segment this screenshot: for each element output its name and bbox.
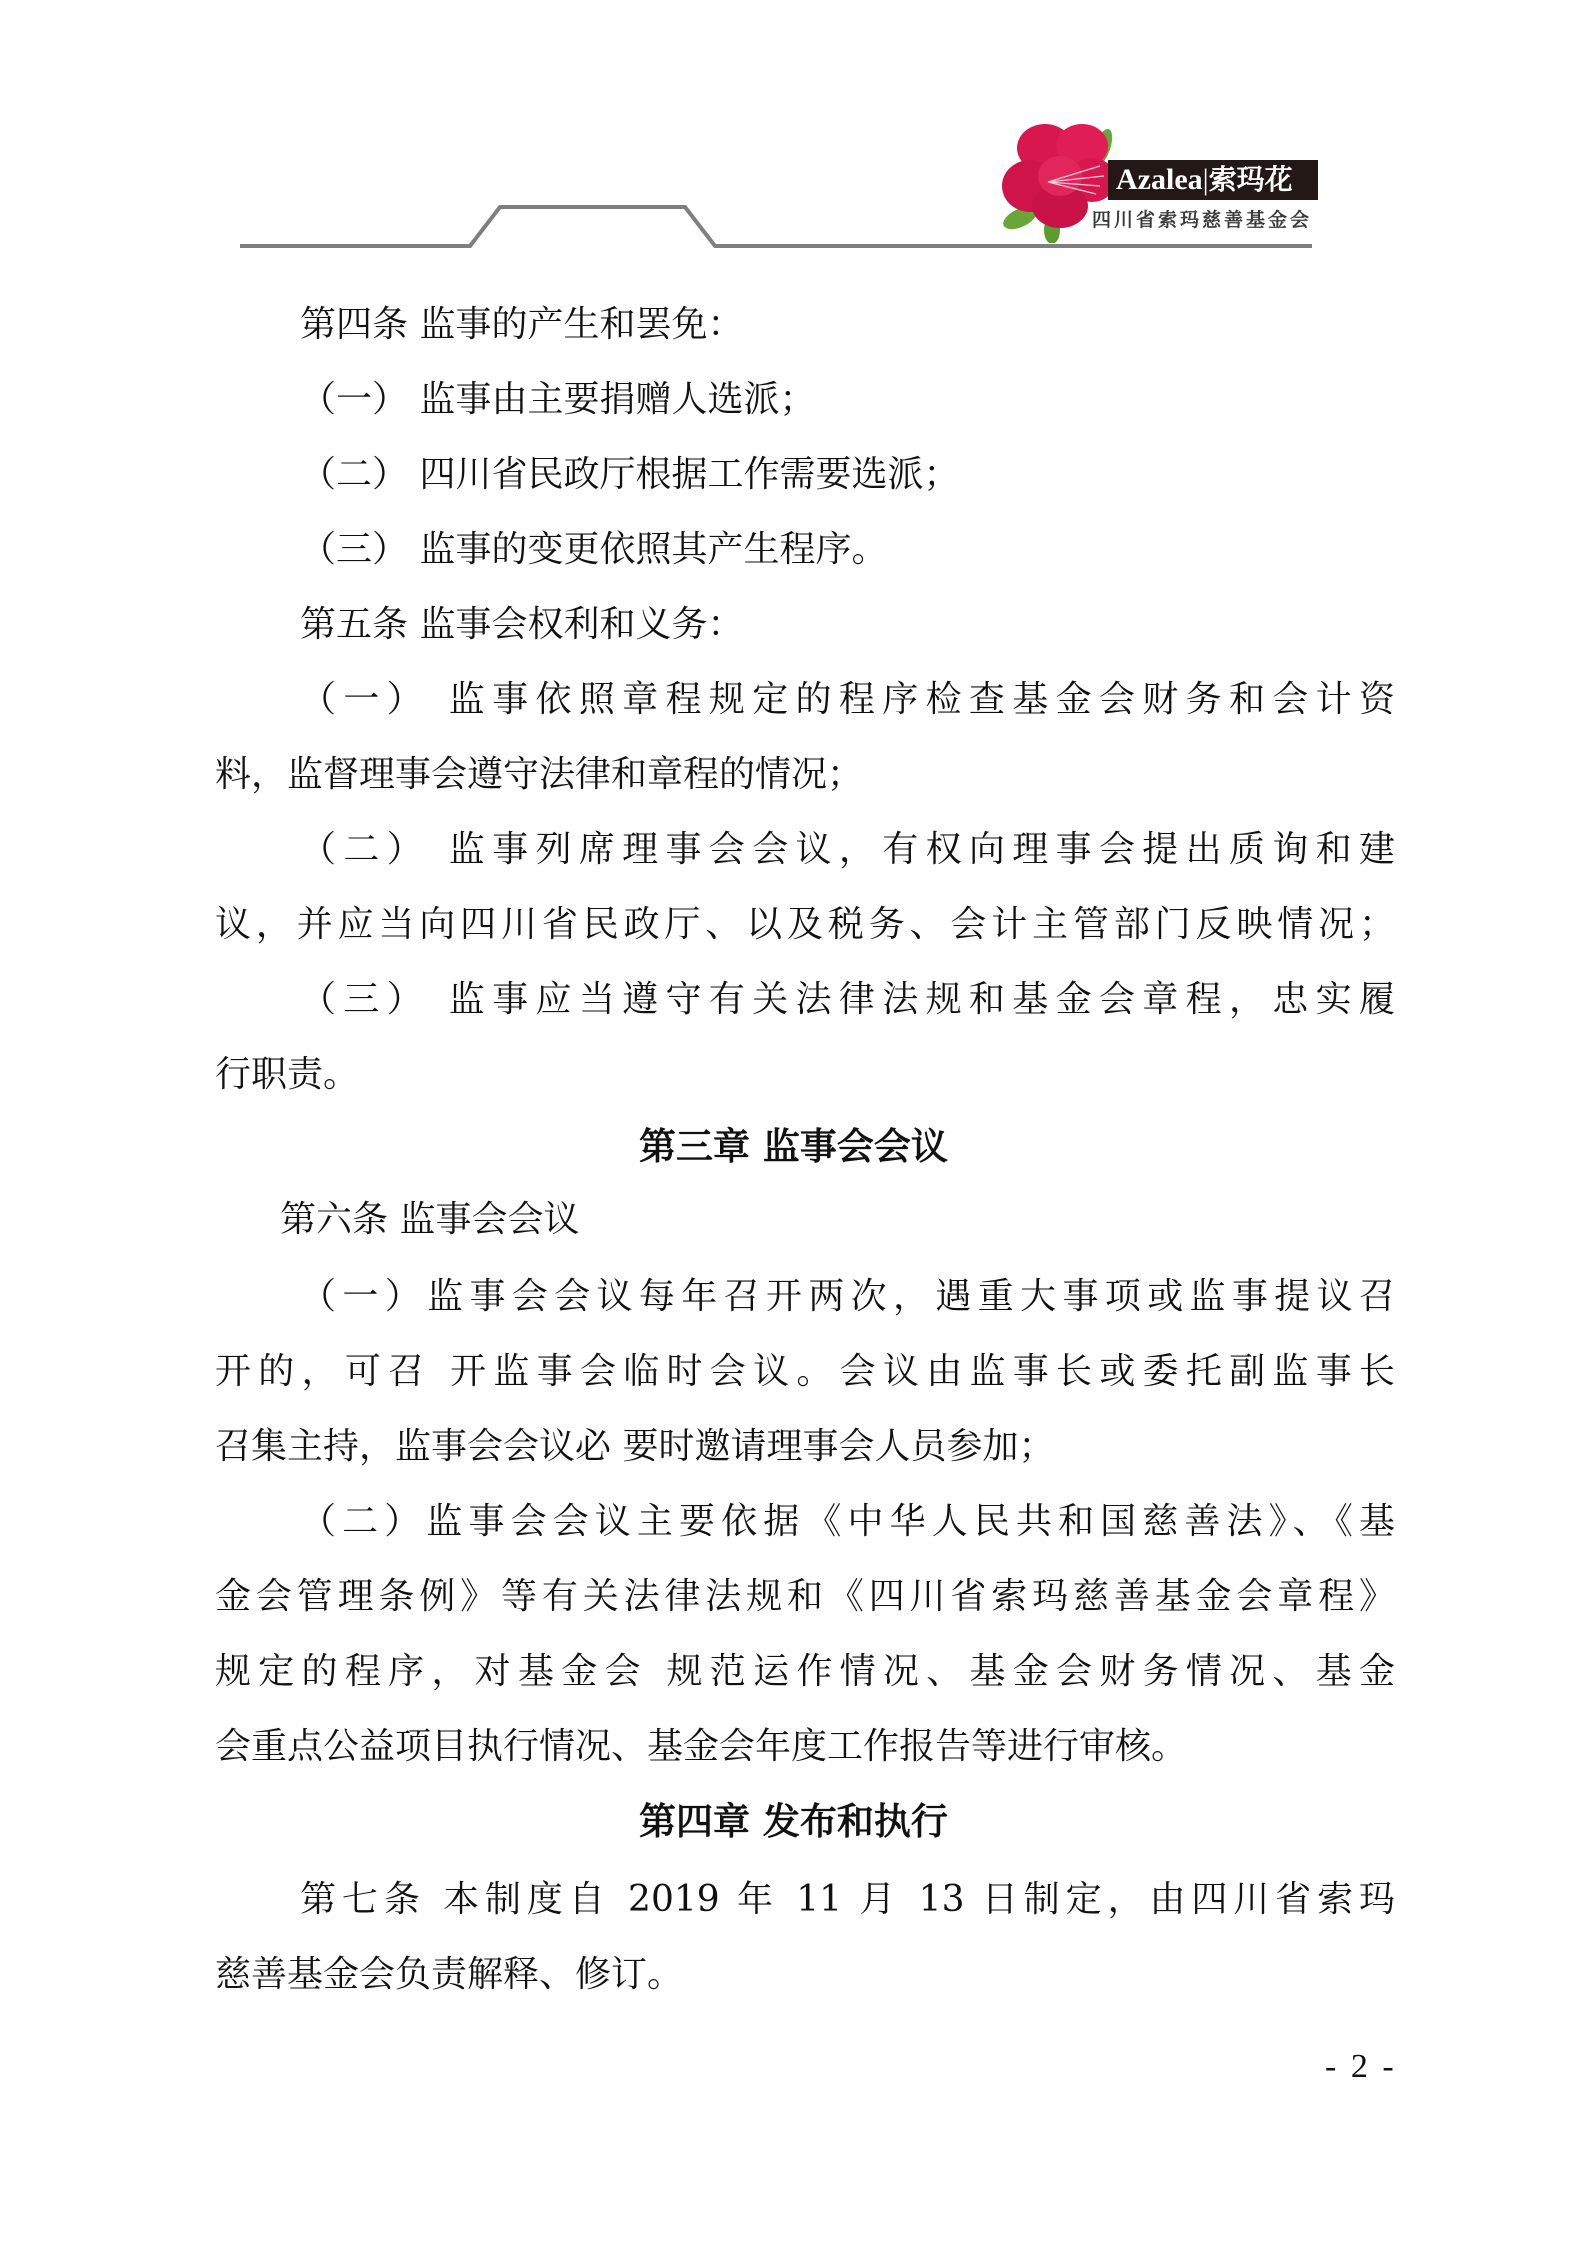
article-4-item-3: （三） 监事的变更依照其产生程序。 [300, 528, 887, 572]
article-6-title: 第六条 监事会会议 [280, 1198, 579, 1242]
logo-brand-bar: Azalea|索玛花 [1108, 160, 1318, 200]
article-4-title: 第四条 监事的产生和罢免： [300, 303, 743, 347]
article-5-item-3-cont: 行职责。 [215, 1053, 359, 1097]
chapter-3-heading: 第三章 监事会会议 [0, 1125, 1587, 1169]
article-6-item-1: （一）监事会会议每年召开两次，遇重大事项或监事提议召 [300, 1275, 1395, 1319]
article-4-item-1: （一） 监事由主要捐赠人选派； [300, 378, 815, 422]
header-rule [0, 0, 1587, 260]
article-5-item-2-cont: 议，并应当向四川省民政厅、以及税务、会计主管部门反映情况； [215, 903, 1395, 947]
logo-brand-en: Azalea [1116, 163, 1203, 196]
article-7: 第七条 本制度自 2019 年 11 月 13 日制定，由四川省索玛 [300, 1878, 1395, 1922]
article-6-item-2-cont-2: 规定的程序，对基金会 规范运作情况、基金会财务情况、基金 [215, 1650, 1395, 1694]
article-5-item-1: （一） 监事依照章程规定的程序检查基金会财务和会计资 [300, 678, 1395, 722]
article-6-item-2-cont-3: 会重点公益项目执行情况、基金会年度工作报告等进行审核。 [215, 1725, 1187, 1769]
page-number: - 2 - [1325, 2048, 1397, 2086]
logo-org-name: 四川省索玛慈善基金会 [1092, 205, 1317, 232]
article-6-item-1-cont-1: 开的，可召 开监事会临时会议。会议由监事长或委托副监事长 [215, 1350, 1395, 1394]
article-6-item-2-cont-1: 金会管理条例》等有关法律法规和《四川省索玛慈善基金会章程》 [215, 1575, 1395, 1619]
article-5-item-2: （二） 监事列席理事会会议，有权向理事会提出质询和建 [300, 828, 1395, 872]
organization-logo: Azalea|索玛花 四川省索玛慈善基金会 [1000, 118, 1330, 243]
article-4-item-2: （二） 四川省民政厅根据工作需要选派； [300, 453, 959, 497]
article-6-item-2: （二）监事会会议主要依据《中华人民共和国慈善法》、《基 [300, 1500, 1395, 1544]
article-5-item-1-cont: 料，监督理事会遵守法律和章程的情况； [215, 753, 863, 797]
chapter-4-heading: 第四章 发布和执行 [0, 1800, 1587, 1844]
article-5-title: 第五条 监事会权利和义务： [300, 603, 743, 647]
logo-brand-cn: 索玛花 [1209, 163, 1293, 196]
article-7-cont: 慈善基金会负责解释、修订。 [215, 1953, 683, 1997]
article-5-item-3: （三） 监事应当遵守有关法律法规和基金会章程，忠实履 [300, 978, 1395, 1022]
article-6-item-1-cont-2: 召集主持，监事会会议必 要时邀请理事会人员参加； [215, 1425, 1054, 1469]
